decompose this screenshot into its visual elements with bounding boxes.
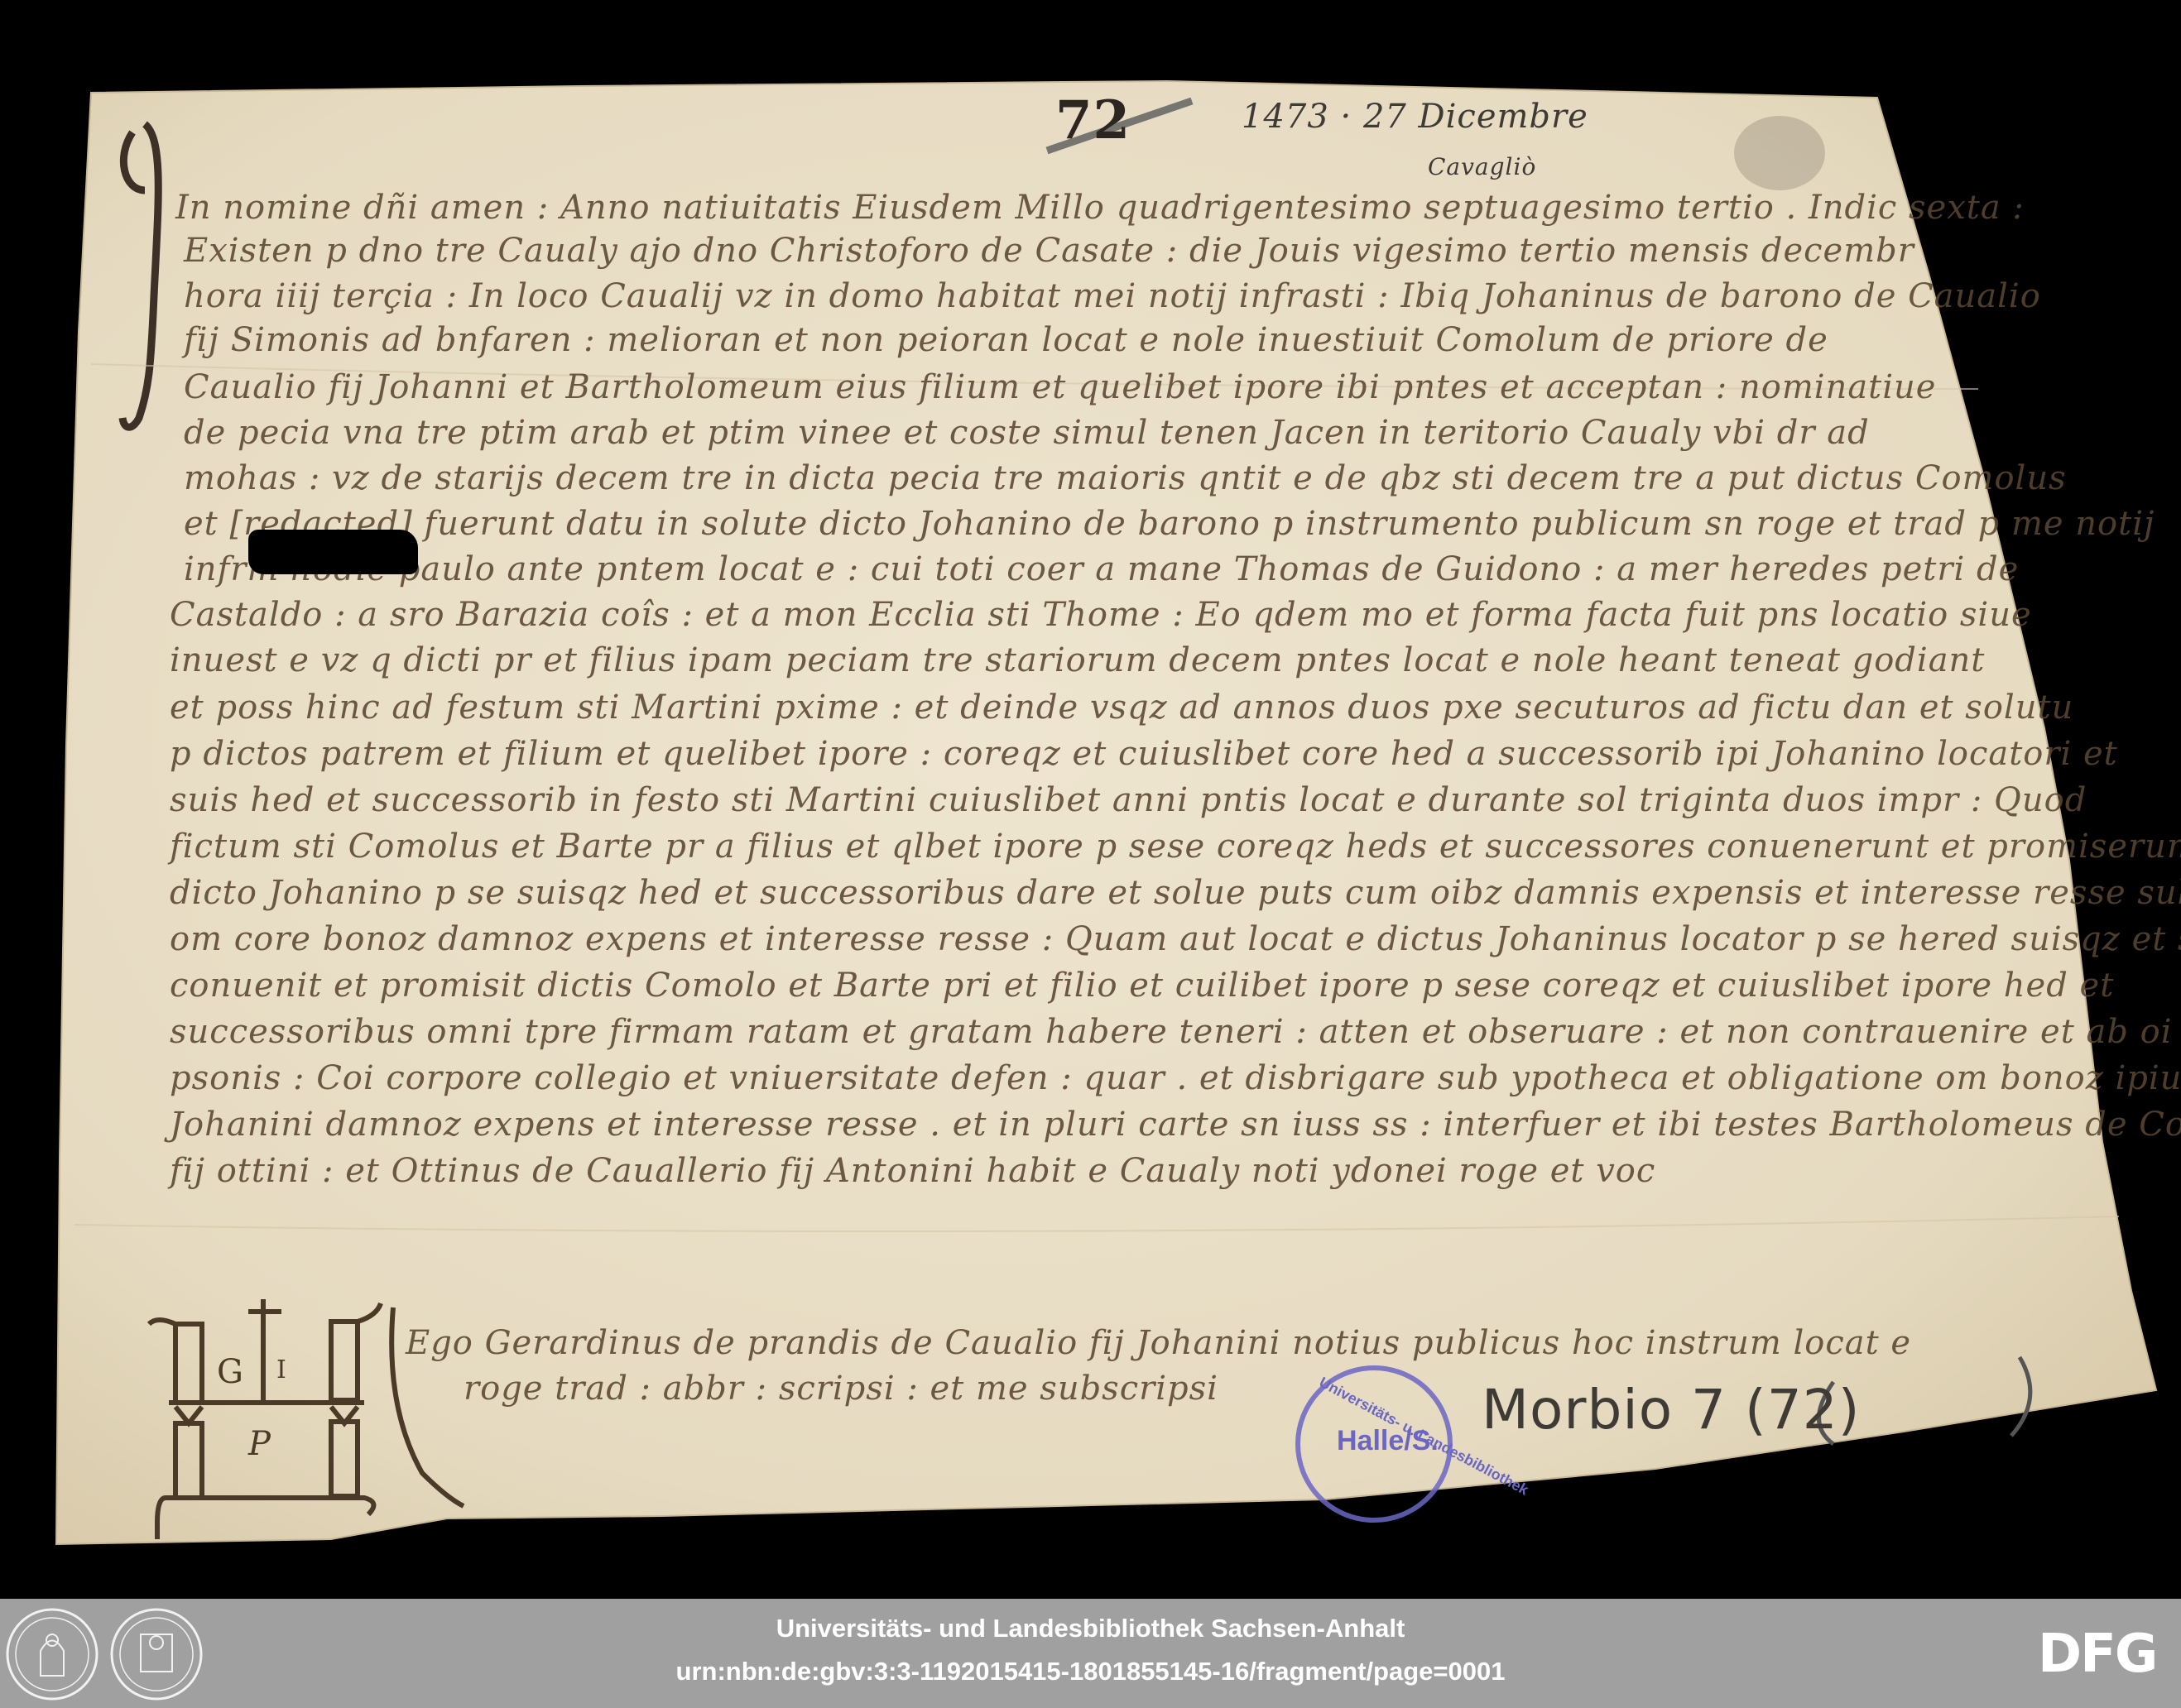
notary-subscription-line: roge trad : abbr : scripsi : et me subsc…	[464, 1370, 1218, 1408]
old-number-crossed: 72	[1055, 89, 1131, 151]
text-line: conuenit et promisit dictis Comolo et Ba…	[170, 967, 2114, 1005]
text-line: Caualio fij Johanni et Bartholomeum eius…	[184, 368, 1936, 406]
text-line: successoribus omni tpre firmam ratam et …	[170, 1013, 2181, 1051]
text-line: de pecia vna tre ptim arab et ptim vinee…	[184, 414, 1870, 452]
text-line: fictum sti Comolus et Barte pr a filius …	[170, 828, 2181, 866]
notary-subscription-line: Ego Gerardinus de prandis de Caualio fij…	[406, 1324, 1911, 1362]
text-line: suis hed et successorib in festo sti Mar…	[170, 781, 2087, 819]
text-line: fij ottini : et Ottinus de Cauallerio fi…	[170, 1152, 1655, 1190]
place-annotation: Cavagliò	[1428, 153, 1536, 180]
text-line: inuest e vz q dicti pr et filius ipam pe…	[170, 641, 1985, 679]
text-line: mohas : vz de starijs decem tre in dicta…	[184, 459, 2067, 497]
text-line: Castaldo : a sro Barazia coîs : et a mon…	[170, 596, 2032, 634]
institution-name: Universitäts- und Landesbibliothek Sachs…	[0, 1614, 2181, 1643]
text-line: hora iiij terçia : In loco Caualij vz in…	[184, 277, 2041, 315]
text-line: et poss hinc ad festum sti Martini pxime…	[170, 688, 2073, 727]
urn-identifier[interactable]: urn:nbn:de:gbv:3:3-1192015415-1801855145…	[0, 1657, 2181, 1686]
text-line: et [redacted] fuerunt datu in solute dic…	[184, 505, 2155, 543]
text-line: psonis : Coi corpore collegio et vniuers…	[170, 1059, 2181, 1097]
text-line: infrm hodie paulo ante pntem locat e : c…	[184, 550, 2019, 588]
text-line: p dictos patrem et filium et quelibet ip…	[170, 735, 2118, 773]
shelfmark: Morbio 7 (72)	[1482, 1378, 1861, 1442]
text-line: om core bonoz damnoz expens et interesse…	[170, 920, 2181, 958]
signum-letter: I	[276, 1355, 286, 1384]
document-viewport: 72 1473 · 27 Dicembre Cavagliò In nomine…	[0, 0, 2181, 1599]
footer-bar: Universitäts- und Landesbibliothek Sachs…	[0, 1599, 2181, 1708]
text-line: dicto Johanino p se suisqz hed et succes…	[170, 874, 2181, 912]
text-line: In nomine dñi amen : Anno natiuitatis Ei…	[175, 189, 2025, 227]
text-line: fij Simonis ad bnfaren : melioran et non…	[184, 321, 1828, 359]
text-line: Existen p dno tre Caualy ajo dno Christo…	[184, 232, 1914, 270]
signum-letter: G	[217, 1353, 243, 1391]
redaction-mark	[248, 530, 418, 574]
dfg-logo: DFG	[2038, 1624, 2156, 1685]
date-annotation: 1473 · 27 Dicembre	[1242, 98, 1588, 136]
signum-letter: P	[248, 1425, 271, 1463]
text-line: Johanini damnoz expens et interesse ress…	[170, 1106, 2181, 1144]
